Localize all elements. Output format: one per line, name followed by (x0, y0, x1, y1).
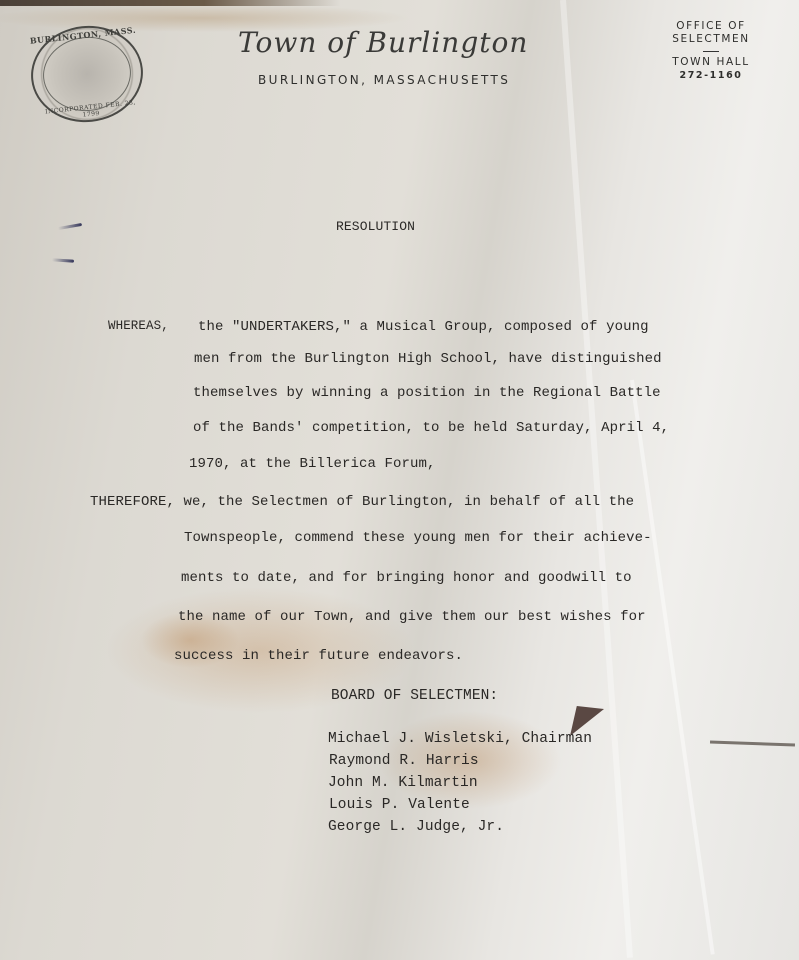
board-member: Raymond R. Harris (329, 753, 479, 769)
letterhead-title: Town of Burlington (238, 26, 528, 59)
board-member: Louis P. Valente (329, 797, 470, 813)
paper-background (0, 0, 799, 960)
therefore-line-4: the name of our Town, and give them our … (178, 609, 646, 625)
board-member: Michael J. Wisletski, Chairman (328, 731, 592, 747)
document-heading: RESOLUTION (336, 219, 415, 234)
paper-edge-shadow (0, 0, 340, 6)
therefore-line-2: Townspeople, commend these young men for… (184, 530, 652, 546)
office-divider (703, 51, 719, 52)
board-label: BOARD OF SELECTMEN: (331, 688, 498, 704)
office-line-1: OFFICE OF (652, 20, 770, 33)
office-block: OFFICE OF SELECTMEN TOWN HALL 272-1160 (652, 20, 770, 82)
whereas-line-2: men from the Burlington High School, hav… (194, 351, 662, 367)
therefore-line-5: success in their future endeavors. (174, 648, 463, 664)
whereas-line-4: of the Bands' competition, to be held Sa… (193, 420, 669, 436)
office-line-3: TOWN HALL (652, 56, 770, 69)
whereas-line-3: themselves by winning a position in the … (193, 385, 661, 401)
board-member: John M. Kilmartin (328, 775, 478, 791)
therefore-line-3: ments to date, and for bringing honor an… (181, 570, 632, 586)
therefore-line-1: THEREFORE, we, the Selectmen of Burlingt… (90, 494, 634, 510)
office-phone: 272-1160 (652, 69, 770, 82)
whereas-line-5: 1970, at the Billerica Forum, (189, 456, 436, 472)
office-line-2: SELECTMEN (652, 33, 770, 46)
board-member: George L. Judge, Jr. (328, 819, 504, 835)
letterhead-subtitle: BURLINGTON, MASSACHUSETTS (258, 73, 510, 87)
whereas-line-1: the "UNDERTAKERS," a Musical Group, comp… (198, 319, 649, 335)
whereas-label: WHEREAS, (108, 319, 169, 333)
